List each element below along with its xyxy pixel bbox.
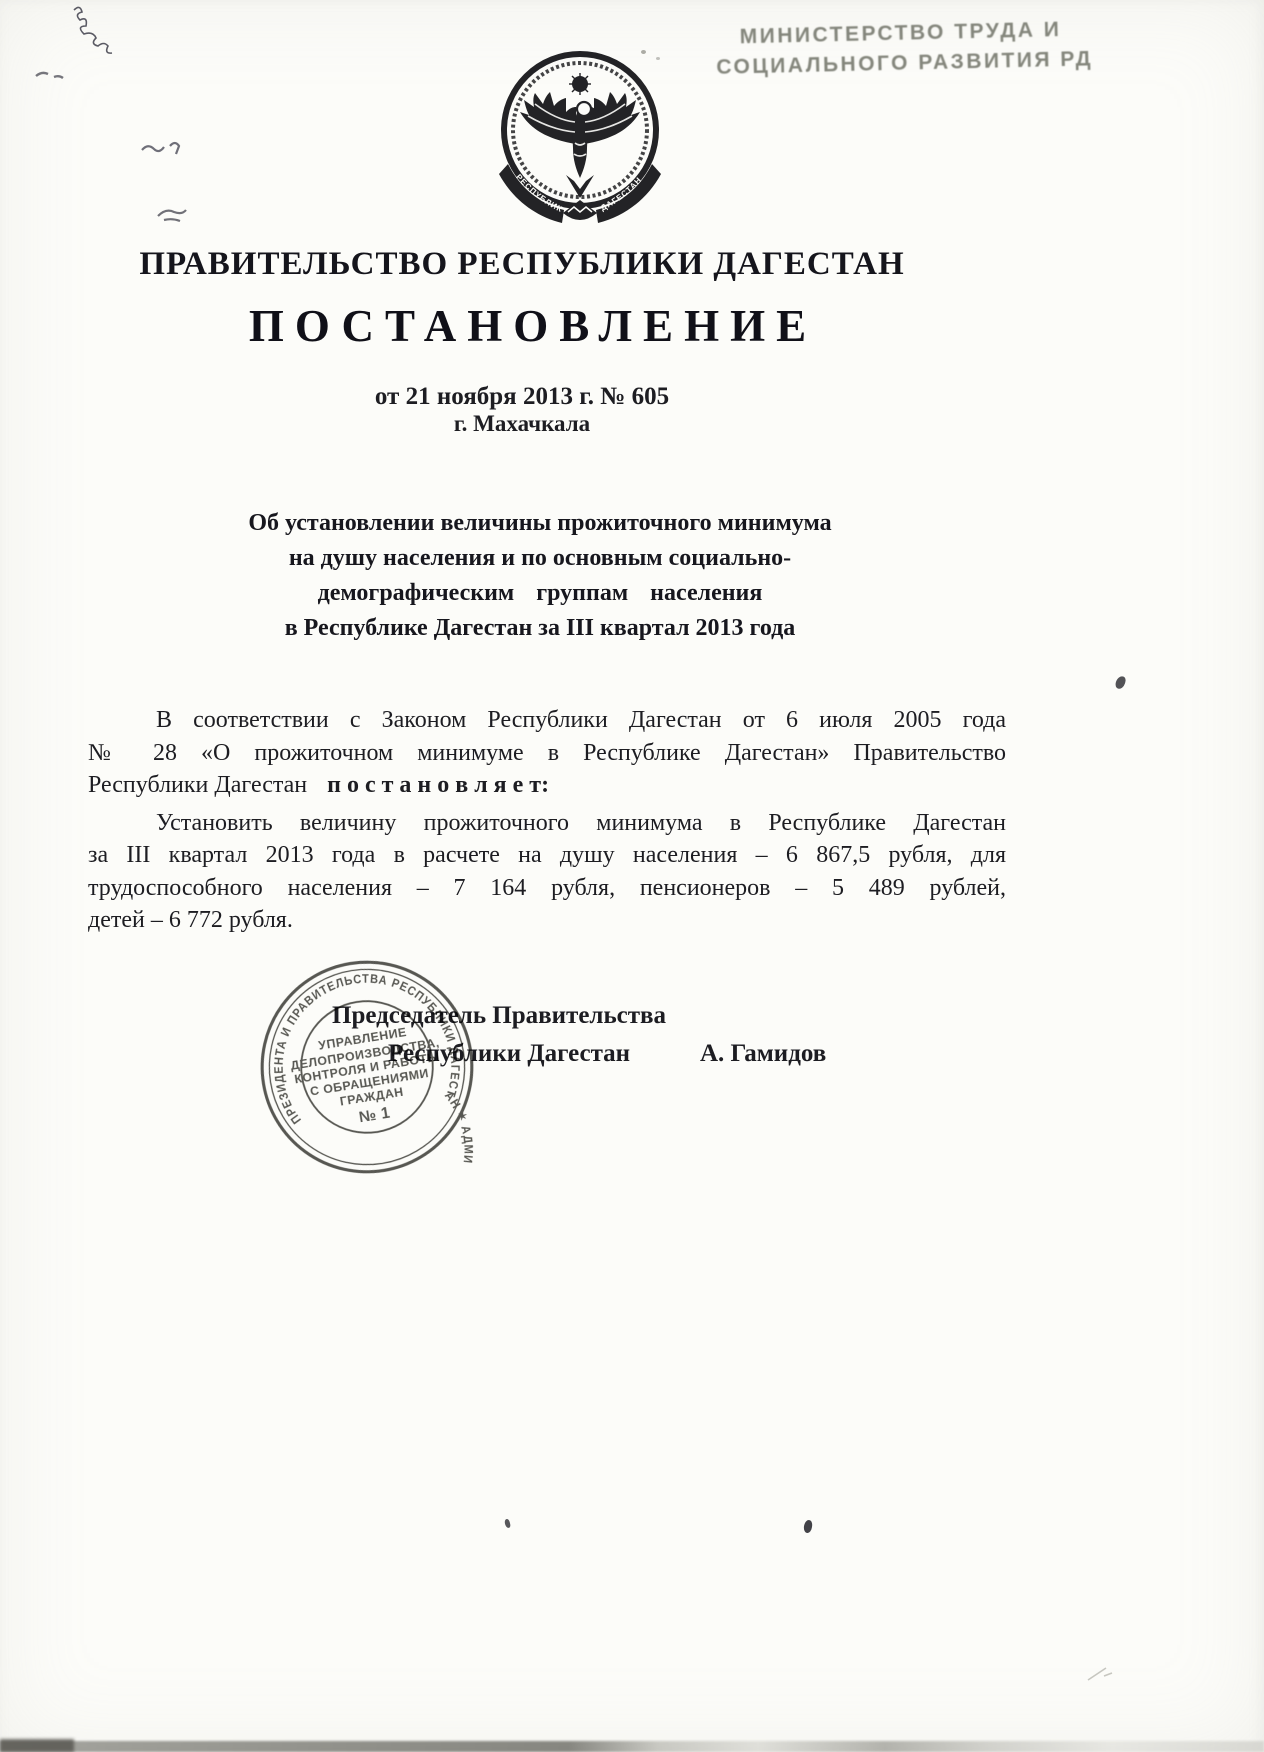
paragraph1-line3: Республики Дагестанп о с т а н о в л я е…: [88, 769, 1006, 802]
scan-artifact-ink-blot: [1114, 675, 1127, 690]
document-date-number: от 21 ноября 2013 г. № 605: [0, 383, 1044, 411]
paragraph1-line2: № 28 «О прожиточном минимуме в Республик…: [88, 737, 1006, 770]
dagestan-coat-of-arms: РЕСПУБЛИКА ДАГЕСТАН: [480, 48, 680, 238]
subject-line-2: на душу населения и по основным социальн…: [90, 541, 990, 576]
paragraph2-line2: за III квартал 2013 года в расчете на ду…: [88, 839, 1006, 872]
eagle-icon: [520, 73, 640, 198]
signature-name: А. Гамидов: [700, 1040, 826, 1068]
official-round-stamp: ПРЕЗИДЕНТА И ПРАВИТЕЛЬСТВА РЕСПУБЛИКИ ДА…: [240, 940, 494, 1194]
scan-artifact-ink-blot: [504, 1519, 511, 1529]
subject-line-1: Об установлении величины прожиточного ми…: [90, 506, 990, 541]
scan-artifact-smudge-mark: [154, 202, 190, 226]
body-paragraph-2: Установить величину прожиточного минимум…: [88, 807, 1006, 937]
paragraph1-line3-text: Республики Дагестан: [88, 772, 307, 798]
subject-heading: Об установлении величины прожиточного ми…: [90, 506, 990, 646]
body-paragraph-1: В соответствии с Законом Республики Даге…: [88, 704, 1006, 802]
paragraph2-line4: детей – 6 772 рубля.: [88, 904, 1006, 937]
subject-line-4: в Республике Дагестан за III квартал 201…: [90, 611, 990, 646]
body-text: В соответствии с Законом Республики Даге…: [88, 704, 1006, 937]
scan-artifact-faint-mark: [1084, 1664, 1120, 1684]
subject-line-3: демографическим группам населения: [90, 576, 990, 611]
scan-artifact-ink-blot: [803, 1520, 813, 1534]
document-type-title: ПОСТАНОВЛЕНИЕ: [0, 300, 1055, 352]
scan-artifact-dash-marks: [34, 66, 74, 84]
scan-artifact-pen-scribble: [62, 2, 132, 62]
bottom-scan-smudge: [0, 1741, 1264, 1752]
stamp-center-line6: № 1: [358, 1104, 392, 1126]
paragraph2-line3: трудоспособного населения – 7 164 рубля,…: [88, 872, 1006, 905]
scanned-decree-page: МИНИСТЕРСТВО ТРУДА И СОЦИАЛЬНОГО РАЗВИТИ…: [0, 0, 1264, 1752]
resolves-emphasis: п о с т а н о в л я е т:: [327, 772, 549, 798]
paragraph2-line1: Установить величину прожиточного минимум…: [88, 807, 1006, 840]
document-city: г. Махачкала: [0, 411, 1044, 437]
scan-artifact-tilde-marks: [140, 138, 192, 164]
bottom-left-scan-smudge: [0, 1739, 74, 1752]
organization-title: ПРАВИТЕЛЬСТВО РЕСПУБЛИКИ ДАГЕСТАН: [0, 246, 1044, 283]
ministry-routing-stamp: МИНИСТЕРСТВО ТРУДА И СОЦИАЛЬНОГО РАЗВИТИ…: [715, 13, 1146, 83]
paragraph1-line1: В соответствии с Законом Республики Даге…: [88, 704, 1006, 737]
